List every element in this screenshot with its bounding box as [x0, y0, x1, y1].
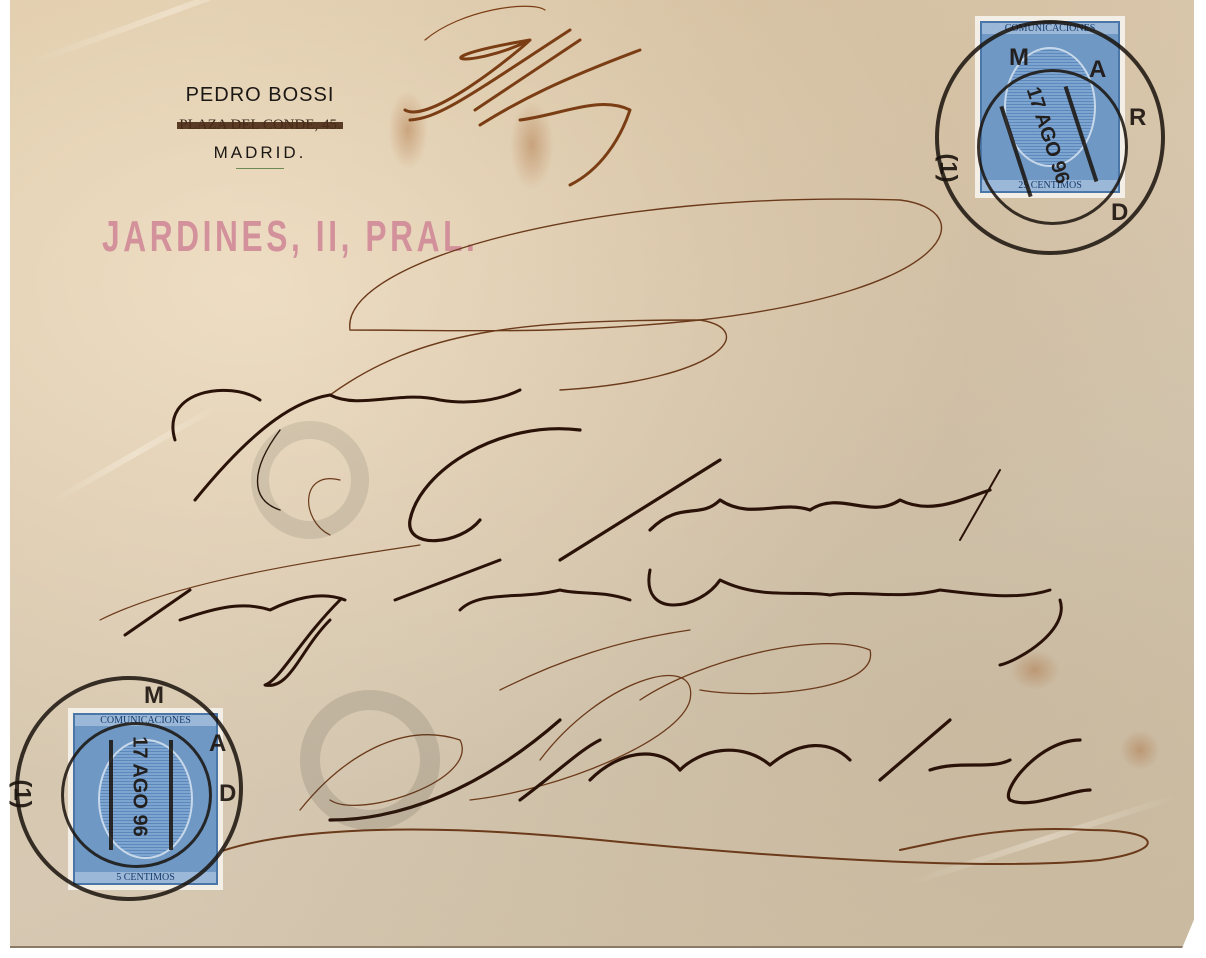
postmark-letter: R	[1129, 104, 1146, 132]
postmark-top-right: M A R D (1) 17 AGO 96	[935, 20, 1165, 255]
faded-postmark	[260, 430, 360, 530]
handwriting-moscardi	[309, 429, 1000, 560]
postmark-letter: A	[1089, 56, 1106, 84]
postmark-side-mark: (1)	[934, 153, 962, 182]
handwriting-italia	[405, 6, 640, 185]
postmark-bar	[169, 740, 173, 850]
postmark-letter: A	[209, 730, 226, 758]
handwriting-underline	[200, 829, 1148, 864]
postmark-bar	[109, 740, 113, 850]
postmark-letter: M	[144, 682, 164, 710]
postmark-letter: D	[219, 780, 236, 808]
handwriting-flourish	[330, 199, 942, 395]
postmark-side-mark: (1)	[8, 779, 36, 808]
handwriting-street	[100, 545, 1061, 685]
faded-postmark	[310, 700, 430, 820]
postmark-letter: M	[1009, 44, 1029, 72]
postmark-letter: D	[1111, 199, 1128, 227]
postmark-date: 17 AGO 96	[128, 736, 151, 836]
postmark-bottom-left: M A D (1) 17 AGO 96	[15, 676, 243, 901]
handwriting-firenze	[330, 720, 1090, 820]
handwriting-firenze-flourish	[300, 630, 871, 810]
